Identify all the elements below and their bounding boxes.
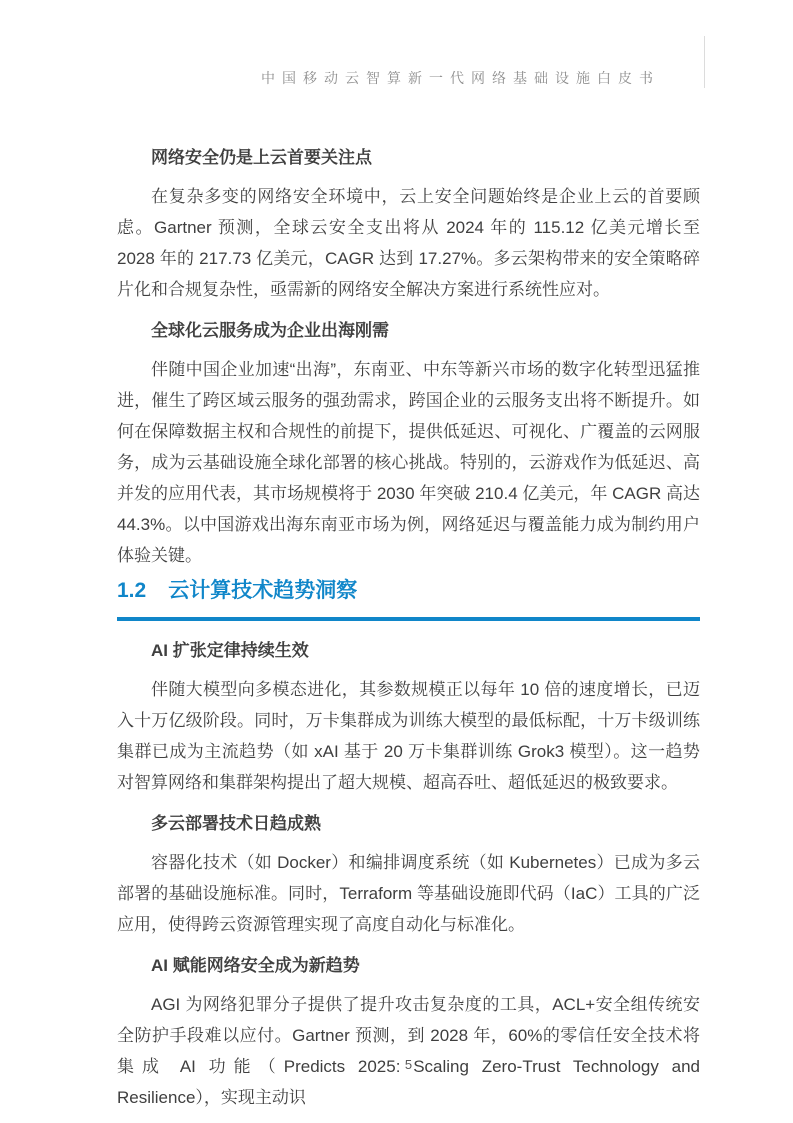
body-paragraph-global-cloud: 伴随中国企业加速“出海”，东南亚、中东等新兴市场的数字化转型迅猛推进，催生了跨区… [117, 354, 700, 571]
sub-heading-ai-scaling: AI 扩张定律持续生效 [117, 635, 700, 666]
page-number: 5 [405, 1057, 412, 1072]
body-paragraph-ai-scaling: 伴随大模型向多模态进化，其参数规模正以每年 10 倍的速度增长，已迈入十万亿级阶… [117, 674, 700, 798]
section-rule [117, 617, 700, 621]
section-title: 云计算技术趋势洞察 [168, 577, 357, 605]
body-paragraph-cloud-security: 在复杂多变的网络安全环境中，云上安全问题始终是企业上云的首要顾虑。Gartner… [117, 181, 700, 305]
section-number: 1.2 [117, 577, 146, 605]
sub-heading-multicloud: 多云部署技术日趋成熟 [117, 808, 700, 839]
page-header: 中国移动云智算新一代网络基础设施白皮书 [261, 36, 705, 88]
document-page: 中国移动云智算新一代网络基础设施白皮书 网络安全仍是上云首要关注点 在复杂多变的… [0, 0, 793, 1123]
page-footer: 5 [117, 1056, 700, 1074]
page-content: 网络安全仍是上云首要关注点 在复杂多变的网络安全环境中，云上安全问题始终是企业上… [117, 142, 700, 1119]
sub-heading-ai-security: AI 赋能网络安全成为新趋势 [117, 950, 700, 981]
sub-heading-cloud-security: 网络安全仍是上云首要关注点 [117, 142, 700, 173]
section-heading-1-2: 1.2 云计算技术趋势洞察 [117, 577, 700, 605]
document-title: 中国移动云智算新一代网络基础设施白皮书 [261, 71, 660, 88]
body-paragraph-ai-security: AGI 为网络犯罪分子提供了提升攻击复杂度的工具，ACL+安全组传统安全防护手段… [117, 989, 700, 1113]
body-paragraph-multicloud: 容器化技术（如 Docker）和编排调度系统（如 Kubernetes）已成为多… [117, 847, 700, 940]
sub-heading-global-cloud: 全球化云服务成为企业出海刚需 [117, 315, 700, 346]
